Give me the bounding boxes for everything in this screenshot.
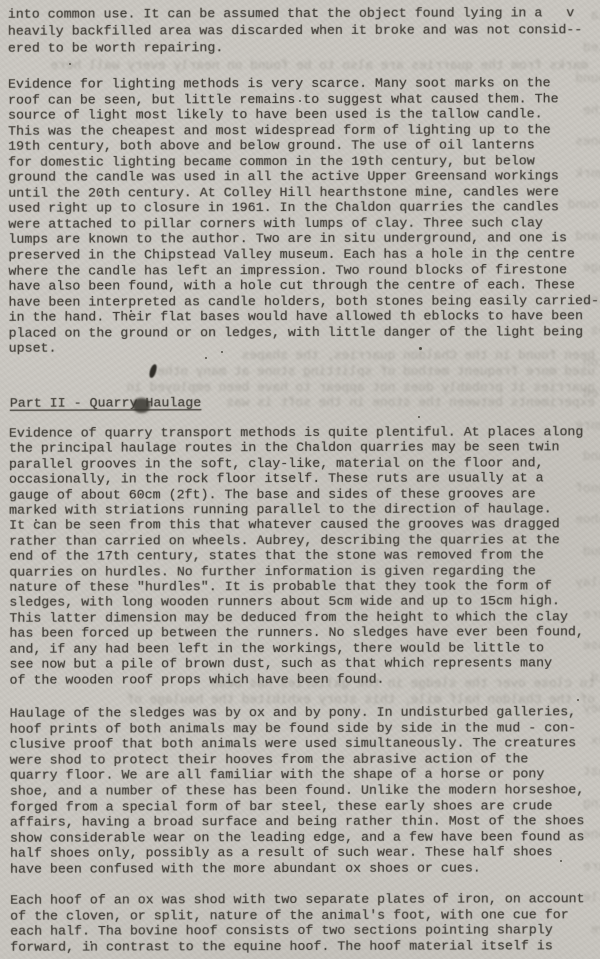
text-line: forward, in contrast to the equine hoof.… [10,938,585,955]
text-line: roof can be seen, but little remains to … [8,91,599,108]
text-line: This latter dimension may be deduced fro… [9,609,584,626]
text-line: were shod to protect their hooves from t… [10,751,585,768]
text-line: of the cloven, or split, nature of the a… [10,907,585,924]
text-line: Each hoof of an ox was shod with two sep… [10,891,585,908]
ink-speck [205,357,207,359]
text-line: for domestic lighting became common in t… [8,153,599,170]
ink-speck [221,351,223,353]
scanned-document-page: marks from the quarries are also to be f… [0,0,600,959]
ink-speck [577,699,579,701]
text-line: upset. [9,340,600,357]
section-heading-part-2-quarry-haulage: Part II - Quarry Haulage [10,395,202,411]
ink-speck [69,63,71,65]
text-line: preserved in the Chipstead Valley museum… [8,246,599,263]
text-line: ground the candle was used in all the ac… [8,168,599,185]
text-line: used right up to closure in 1961. In the… [8,200,599,217]
ink-speck [333,770,335,772]
ink-speck [90,941,92,943]
text-line: placed on the ground or on ledges, with … [9,324,600,341]
text-line: quarries on hurdles. No further informat… [9,563,584,580]
ink-speck [490,557,492,559]
ink-speck [299,100,301,102]
paragraph-lighting-methods: Evidence for lighting methods is very sc… [8,75,599,356]
text-line: nature of these "hurdles". It is probabl… [9,578,584,595]
ink-speck [419,347,422,350]
ink-speck [418,416,420,418]
text-line: shoe, and a number of these has been fou… [10,782,585,799]
text-line: marked with striations running parallel … [9,501,584,518]
text-line: until the 20th century. At Colley Hill h… [8,184,599,201]
text-line: ered to be worth repairing. [8,39,583,58]
text-line: sledges, with long wooden runners about … [9,594,584,611]
text-line: It can be seen from this that whatever c… [9,517,584,534]
paragraph-continued-from-previous-page: into common use. It can be assumed that … [8,4,583,57]
text-line: heavily backfilled area was discarded wh… [8,21,583,40]
text-line: rather than carried on wheels. Aubrey, d… [9,532,584,549]
ink-speck [512,257,514,259]
text-line: half shoes only, possibly as a result of… [10,845,585,862]
text-line: the principal haulage routes in the Chal… [9,440,584,457]
text-line: occasionally, in the rock floor itself. … [9,470,584,487]
text-line: forged from a special form of bar steel,… [10,798,585,815]
text-line: 19th century, both above and below groun… [8,137,599,154]
text-line: in the hand. Their flat bases would have… [9,308,600,325]
text-line: has been forced up between the runners. … [9,625,584,642]
text-line: source of light most likely to have been… [8,106,599,123]
typewritten-text-layer: into common use. It can be assumed that … [0,0,600,959]
ink-speck [130,310,132,312]
text-line: parallel grooves in the soft, clay-like,… [9,455,584,472]
text-line: each half. Tha bovine hoof consists of t… [10,922,585,939]
text-line: into common use. It can be assumed that … [8,4,583,23]
text-line: have been interpreted as candle holders,… [9,293,600,310]
text-line: quarry floor. We are all familiar with t… [10,767,585,784]
text-line: clusive proof that both animals were use… [10,735,585,752]
text-line: gauge of about 60cm (2ft). The base and … [9,486,584,503]
paragraph-sledge-haulage: Haulage of the sledges was by ox and by … [10,704,585,877]
text-line: of the wooden roof props which have been… [10,671,585,688]
text-line: Evidence of quarry transport methods is … [9,424,584,441]
paragraph-quarry-transport: Evidence of quarry transport methods is … [9,424,584,687]
ink-speck [35,519,37,521]
text-line: Haulage of the sledges was by ox and by … [10,704,585,721]
text-line: lumps are known to the author. Two are i… [8,231,599,248]
text-line: where the candle has left an impression.… [8,262,599,279]
text-line: see now but a pile of brown dust, such a… [9,655,584,672]
text-line: This was the cheapest and most widesprea… [8,122,599,139]
text-line: have been confused with the more abundan… [10,860,585,877]
paragraph-ox-shoes: Each hoof of an ox was shod with two sep… [10,891,585,955]
text-line: affairs, having a broad surface and bein… [10,813,585,830]
text-line: end of the 17th century, states that the… [9,548,584,565]
text-line: have also been found, with a hole cut th… [8,277,599,294]
text-line: Evidence for lighting methods is very sc… [8,75,599,92]
ink-speck [560,860,562,862]
text-line: were attached to pillar corners with lum… [8,215,599,232]
ink-smudge [133,398,150,413]
text-line: show considerable wear on the leading ed… [10,829,585,846]
text-line: and, if any had been left in the working… [9,640,584,657]
text-line: hoof prints of both animals may be found… [10,720,585,737]
